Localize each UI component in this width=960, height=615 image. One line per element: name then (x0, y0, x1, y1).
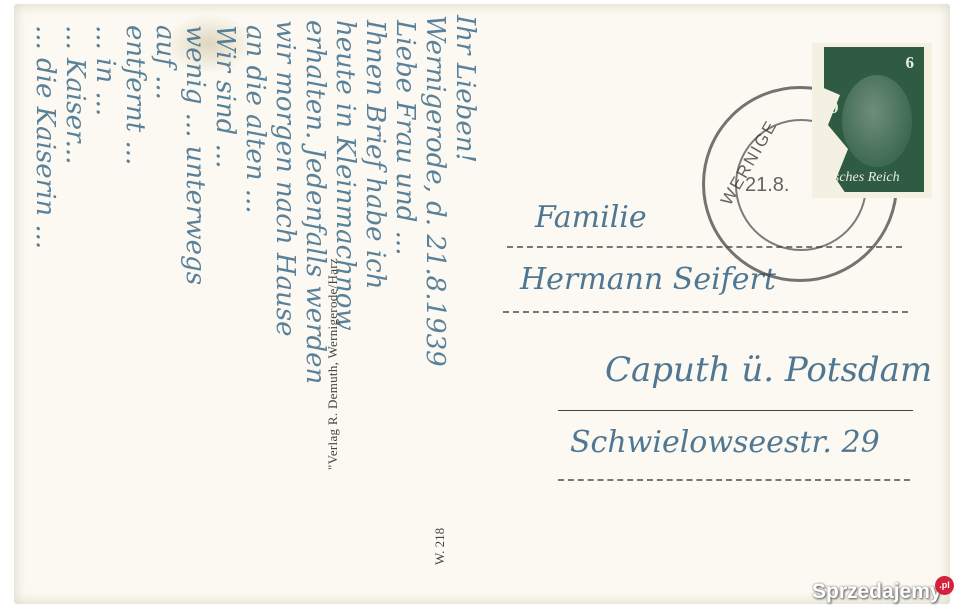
message-line: wenig ... unterwegs (180, 25, 210, 285)
stamp-value: 6 (906, 53, 915, 73)
message-line: Ihr Lieben! (450, 15, 480, 163)
message-line: wir morgen nach Hause (270, 20, 300, 337)
message-line: auf ... (150, 25, 180, 100)
address-street: Schwielowseestr. 29 (570, 425, 880, 460)
message-line: ... in ... (90, 25, 120, 116)
card-number: W. 218 (432, 528, 448, 565)
address-recipient-line-1: Familie (535, 200, 647, 235)
portrait-medallion (842, 75, 912, 167)
message-line: entfernt ... (120, 25, 150, 165)
message-line: Wir sind ... (210, 25, 240, 168)
address-recipient-line-2: Hermann Seifert (520, 262, 776, 297)
message-line: ... die Kaiserin ... (30, 25, 60, 249)
postmark-date: 21.8. (745, 174, 789, 197)
message-line: Ihnen Brief habe ich (360, 20, 390, 289)
watermark-badge: .pl (935, 576, 954, 595)
address-line-rule (503, 311, 908, 313)
address-line-rule (558, 479, 910, 481)
publisher-imprint: "Verlag R. Demuth, Wernigerode/Harz (325, 70, 341, 470)
message-line: an die alten ... (240, 25, 270, 214)
address-town: Caputh ü. Potsdam (605, 350, 932, 390)
stamp-country-text: tsches Reich (830, 170, 900, 186)
watermark-logo: Sprzedajemy (812, 580, 942, 604)
message-line: Liebe Frau und ... (390, 20, 420, 255)
postage-stamp: 6 6 tsches Reich (812, 43, 932, 198)
address-line-rule (558, 410, 913, 411)
message-line: Wernigerode, d. 21.8.1939 (420, 15, 450, 367)
message-line: ... Kaiser... (60, 25, 90, 164)
